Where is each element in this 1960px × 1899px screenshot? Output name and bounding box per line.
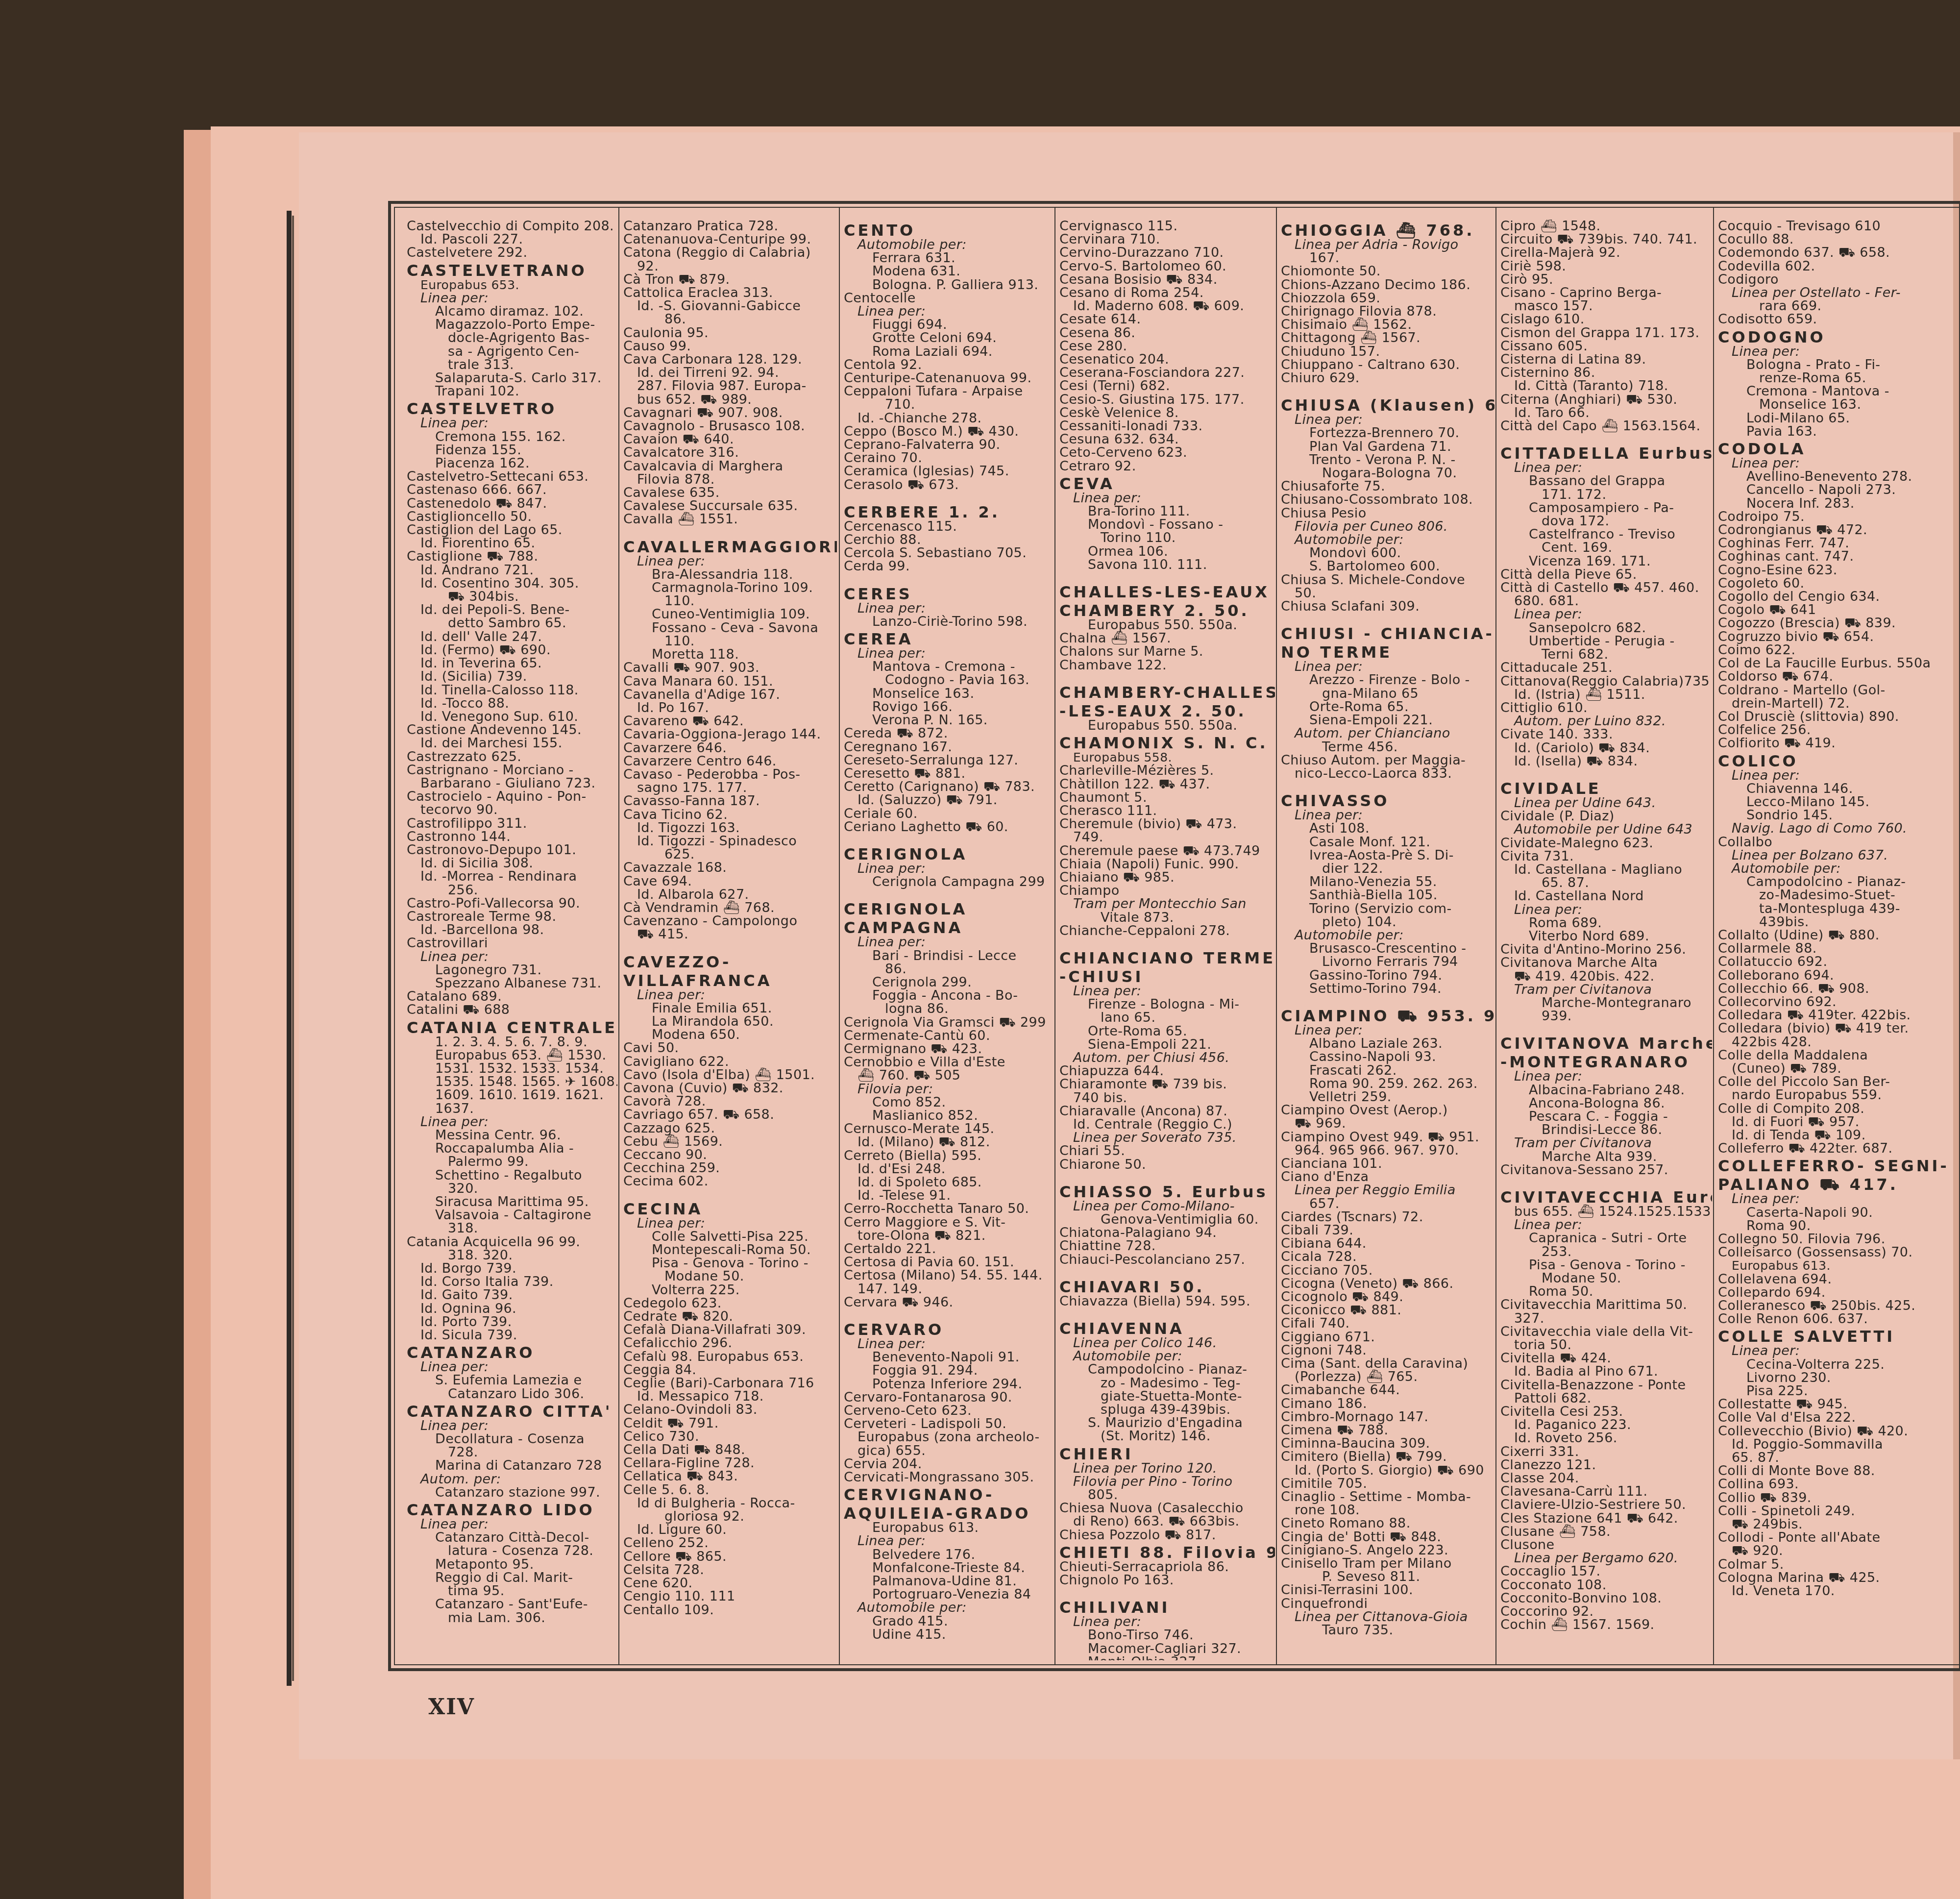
index-line: Genova-Ventimiglia 60. (1059, 1213, 1275, 1226)
index-line: Chiaiano ⛟ 985. (1059, 871, 1275, 884)
index-line: Ceretto (Carignano) ⛟ 783. (844, 780, 1053, 793)
index-line: Cervinara 710. (1059, 233, 1275, 246)
station-heading: CODOGNO (1718, 329, 1953, 345)
index-line: Colmar 5. (1718, 1558, 1953, 1571)
index-line: 327. (1500, 1312, 1712, 1325)
index-column-3: CENTOAutomobile per:Ferrara 631.Modena 6… (844, 220, 1053, 1660)
index-line: Cividale (P. Diaz) (1500, 810, 1712, 823)
index-line: Vitale 873. (1059, 911, 1275, 924)
index-line: 939. (1500, 1010, 1712, 1023)
index-line: Potenza Inferiore 294. (844, 1378, 1053, 1391)
index-line: Alcamo diramaz. 102. (407, 305, 617, 318)
index-line: Id. di Sicilia 308. (407, 857, 617, 870)
index-line: Collegno 50. Filovia 796. (1718, 1233, 1953, 1246)
index-column-6: Cipro ⛴ 1548.Circuito ⛟ 739bis. 740. 741… (1500, 220, 1712, 1660)
index-line: Id. Poggio-Sommavilla (1718, 1438, 1953, 1451)
index-line: Clavesana-Carrù 111. (1500, 1485, 1712, 1498)
column-divider (1276, 208, 1277, 1665)
index-line: detto Sambro 65. (407, 617, 617, 630)
index-line: (Porlezza) ⛴ 765. (1281, 1370, 1494, 1383)
index-line: Mondovì - Fossano - (1059, 518, 1275, 531)
index-line: Monselice 163. (844, 687, 1053, 700)
station-heading: CHIUSI - CHIANCIA- (1281, 626, 1494, 641)
index-line: Cese 280. (1059, 340, 1275, 353)
index-line: Id. Tigozzi 163. (623, 821, 837, 835)
index-line: dova 172. (1500, 515, 1712, 528)
index-line: Celico 730. (623, 1430, 837, 1443)
index-line: Cocconato 108. (1500, 1578, 1712, 1592)
index-line: Automobile per Udine 643 (1500, 823, 1712, 836)
index-line: (Cuneo) ⛟ 789. (1718, 1062, 1953, 1075)
index-line: Marina di Catanzaro 728 (407, 1459, 617, 1472)
index-line: Frascati 262. (1281, 1064, 1494, 1077)
index-line: Livorno 230. (1718, 1371, 1953, 1384)
index-line: Chiesa Pozzolo ⛟ 817. (1059, 1529, 1275, 1542)
index-line: Cancello - Napoli 273. (1718, 483, 1953, 496)
index-line: Id. (Saluzzo) ⛟ 791. (844, 793, 1053, 807)
station-heading: CIVITANOVA Marche (1500, 1036, 1712, 1051)
station-heading: CHIETI 88. Filovia 942. (1059, 1545, 1275, 1560)
index-line: giate-Stuetta-Monte- (1059, 1390, 1275, 1403)
index-line: Id. in Teverina 65. (407, 657, 617, 670)
station-heading: CENTO (844, 222, 1053, 238)
index-line: Ceppo (Bosco M.) ⛟ 430. (844, 425, 1053, 438)
index-line: Collevecchio (Bivio) ⛟ 420. (1718, 1425, 1953, 1438)
index-line: Cheremule (bivio) ⛟ 473. (1059, 817, 1275, 831)
index-line: Campodolcino - Pianaz- (1059, 1363, 1275, 1376)
index-line: Centuripe-Catenanuova 99. (844, 371, 1053, 385)
index-line: Gassino-Torino 794. (1281, 969, 1494, 982)
index-line: Linea per: (844, 862, 1053, 875)
station-heading: CIVITAVECCHIA Europa- (1500, 1189, 1712, 1205)
index-column-4: Cervignasco 115.Cervinara 710.Cervino-Du… (1059, 220, 1275, 1660)
index-line: Capranica - Sutri - Orte (1500, 1232, 1712, 1245)
index-line: Filovia per: (844, 1083, 1053, 1096)
index-line: Id. d'Esi 248. (844, 1162, 1053, 1176)
index-line: Collecorvino 692. (1718, 995, 1953, 1009)
index-line: Ciggiano 671. (1281, 1331, 1494, 1344)
index-line: Catanzaro - Sant'Eufe- (407, 1598, 617, 1611)
index-line: pleto) 104. (1281, 915, 1494, 929)
index-line: Colleisarco (Gossensass) 70. (1718, 1246, 1953, 1259)
index-line: Europabus 550. 550a. (1059, 618, 1275, 632)
index-line: Cineto Romano 88. (1281, 1517, 1494, 1530)
index-line: Id. Paganico 223. (1500, 1418, 1712, 1431)
index-line: zo - Madesimo - Teg- (1059, 1377, 1275, 1390)
index-line: Catanzaro Lido 306. (407, 1387, 617, 1401)
index-line: Bono-Tirso 746. (1059, 1628, 1275, 1642)
index-line: Linea per Udine 643. (1500, 796, 1712, 810)
index-line: Linea per Adria - Rovigo (1281, 238, 1494, 251)
index-line: 110. (623, 635, 837, 648)
index-line: Cislago 610. (1500, 313, 1712, 326)
index-line: 710. (844, 398, 1053, 411)
index-line: Ceggia 84. (623, 1363, 837, 1377)
index-line: Collelavena 694. (1718, 1273, 1953, 1286)
index-line: docle-Agrigento Bas- (407, 331, 617, 345)
index-line: Fiuggi 694. (844, 318, 1053, 331)
index-line: logna 86. (844, 1002, 1053, 1015)
index-line: Cesate 614. (1059, 313, 1275, 326)
index-line: Chiaramonte ⛟ 739 bis. (1059, 1078, 1275, 1091)
index-line: Cogolo ⛟ 641 (1718, 603, 1953, 617)
index-line: Ciano d'Enza (1281, 1170, 1494, 1184)
index-line: zo-Madesimo-Stuet- (1718, 888, 1953, 902)
index-line: Vicenza 169. 171. (1500, 555, 1712, 568)
index-line: Castenedolo ⛟ 847. (407, 497, 617, 510)
index-line: Castiglioncello 50. (407, 510, 617, 523)
index-line: Ancona-Bologna 86. (1500, 1097, 1712, 1110)
index-line: Cingia de' Botti ⛟ 848. (1281, 1530, 1494, 1544)
station-heading: CHAMONIX S. N. C. F. (1059, 735, 1275, 751)
index-line: Orte-Roma 65. (1281, 700, 1494, 714)
index-line: Chittagong ⛴ 1567. (1281, 331, 1494, 345)
index-line: Europabus 653. (407, 278, 617, 292)
index-line: Cremona 155. 162. (407, 430, 617, 444)
index-line: Cavanella d'Adige 167. (623, 688, 837, 701)
index-line: 320. (407, 1182, 617, 1195)
index-line: Pattoli 682. (1500, 1392, 1712, 1405)
column-divider (1054, 208, 1055, 1665)
index-line: Cavorà 728. (623, 1095, 837, 1108)
index-line: Cimitero (Biella) ⛟ 799. (1281, 1450, 1494, 1463)
index-line: Linea per Reggio Emilia (1281, 1184, 1494, 1197)
index-line: Cavazzale 168. (623, 861, 837, 874)
station-heading: CHIANCIANO TERME (1059, 950, 1275, 966)
index-line: drein-Martell) 72. (1718, 697, 1953, 710)
index-line: Marche Alta 939. (1500, 1150, 1712, 1163)
index-line: Chiampo (1059, 884, 1275, 897)
index-line: Cermenate-Cantù 60. (844, 1029, 1053, 1042)
index-line: Civitella ⛟ 424. (1500, 1352, 1712, 1365)
index-line: Linea per: (1718, 769, 1953, 782)
index-line: Cazzago 625. (623, 1122, 837, 1135)
index-line: Linea per: (844, 305, 1053, 318)
index-line: Cogoleto 60. (1718, 577, 1953, 590)
index-line: Linea per: (407, 1518, 617, 1531)
index-line: Cefalù 98. Europabus 653. (623, 1350, 837, 1363)
index-line: Chiusa S. Michele-Condove (1281, 573, 1494, 587)
index-line: Plan Val Gardena 71. (1281, 440, 1494, 453)
index-line: 1535. 1548. 1565. ✈ 1608. (407, 1075, 617, 1088)
index-line: Codroipo 75. (1718, 510, 1953, 523)
index-line: Cisterna di Latina 89. (1500, 353, 1712, 366)
index-line: Collarmele 88. (1718, 942, 1953, 955)
index-line: Codemondo 637. ⛟ 658. (1718, 246, 1953, 259)
index-line: Chaumont 5. (1059, 791, 1275, 804)
index-line: tima 95. (407, 1584, 617, 1598)
index-line: di Reno) 663. ⛟ 663bis. (1059, 1515, 1275, 1528)
station-heading: PALIANO ⛟ 417. (1718, 1177, 1953, 1192)
index-line: Cavarzere 646. (623, 741, 837, 755)
index-line: Fortezza-Brennero 70. (1281, 426, 1494, 440)
index-line: 740 bis. (1059, 1091, 1275, 1105)
index-line: Colleborano 694. (1718, 969, 1953, 982)
index-line: Pisa - Genova - Torino - (1500, 1258, 1712, 1272)
index-line: Linea per: (407, 1360, 617, 1374)
index-line: Civitanova Marche Alta (1500, 956, 1712, 969)
index-line: Id. Porto 739. (407, 1315, 617, 1329)
index-line: Chianche-Ceppaloni 278. (1059, 924, 1275, 937)
index-line: Linea per: (1500, 461, 1712, 474)
index-line: Cà Vendramin ⛴ 768. (623, 901, 837, 914)
index-line: ⛴ 760. ⛟ 505 (844, 1069, 1053, 1082)
index-line: Colle del Piccolo San Ber- (1718, 1075, 1953, 1088)
index-line: toria 50. (1500, 1338, 1712, 1352)
station-heading: CHAMBERY 2. 50. (1059, 603, 1275, 618)
station-heading: CHIASSO 5. Eurbus 650. (1059, 1184, 1275, 1200)
index-line: Linea per Soverato 735. (1059, 1131, 1275, 1144)
index-line: Cavo (Isola d'Elba) ⛴ 1501. (623, 1068, 837, 1082)
index-line: Ceriale 60. (844, 807, 1053, 820)
index-line: Salaparuta-S. Carlo 317. (407, 371, 617, 385)
index-line: Siena-Empoli 221. (1281, 714, 1494, 727)
index-line: Collina 693. (1718, 1478, 1953, 1491)
index-line: Cremona - Mantova - (1718, 385, 1953, 398)
index-line: Castelvetro-Settecani 653. (407, 470, 617, 483)
index-line: Colle Val d'Elsa 222. (1718, 1411, 1953, 1424)
index-line: Linea per Bergamo 620. (1500, 1552, 1712, 1565)
index-line: Circuito ⛟ 739bis. 740. 741. (1500, 233, 1712, 246)
station-heading: CHIOGGIA ⛴ 768. (1281, 222, 1494, 238)
index-line: Id. Tinella-Calosso 118. (407, 684, 617, 697)
index-line: Cerchio 88. (844, 533, 1053, 546)
index-line: Brindisi-Lecce 86. (1500, 1123, 1712, 1136)
index-line: Collestatte ⛟ 945. (1718, 1398, 1953, 1411)
index-line: Roccapalumba Alia - (407, 1142, 617, 1155)
index-line: Cavalla ⛴ 1551. (623, 513, 837, 526)
index-line: Castroreale Terme 98. (407, 910, 617, 923)
index-line: Cologna Marina ⛟ 425. (1718, 1571, 1953, 1584)
index-line: Cavenzano - Campolongo (623, 914, 837, 928)
index-line: Cavalli ⛟ 907. 903. (623, 661, 837, 674)
index-line: Cavarzere Centro 646. (623, 755, 837, 768)
index-line: Cavareno ⛟ 642. (623, 715, 837, 728)
index-line: Cianciana 101. (1281, 1157, 1494, 1170)
station-heading: CERIGNOLA (844, 846, 1053, 862)
index-line: Lanzo-Ciriè-Torino 598. (844, 615, 1053, 628)
index-line: Colleranesco ⛟ 250bis. 425. (1718, 1299, 1953, 1312)
column-divider (1495, 208, 1496, 1665)
index-line: Finale Emilia 651. (623, 1002, 837, 1015)
station-heading: CERVIGNANO- (844, 1487, 1053, 1503)
index-line: Cedrate ⛟ 820. (623, 1310, 837, 1323)
index-line: Chalons sur Marne 5. (1059, 645, 1275, 658)
index-line: 253. (1500, 1245, 1712, 1258)
station-heading: NO TERME (1281, 644, 1494, 660)
index-line: Codigoro (1718, 273, 1953, 286)
index-line: Celdit ⛟ 791. (623, 1417, 837, 1430)
station-heading: CHILIVANI (1059, 1600, 1275, 1615)
index-line: Collalbo (1718, 836, 1953, 849)
index-line: 749. (1059, 831, 1275, 844)
index-line: Collatuccio 692. (1718, 955, 1953, 968)
index-line: Ciriè 598. (1500, 260, 1712, 273)
index-line: Ceccano 90. (623, 1148, 837, 1161)
index-line: Chalna ⛴ 1567. (1059, 632, 1275, 645)
index-line: Autom. per: (407, 1473, 617, 1486)
index-line: Lagonegro 731. (407, 963, 617, 977)
index-line: Castrezzato 625. (407, 750, 617, 764)
index-line: Catanzaro Pratica 728. (623, 220, 837, 233)
index-line: Linea per Torino 120. (1059, 1462, 1275, 1475)
index-line: S. Bartolomeo 600. (1281, 560, 1494, 573)
index-line: trale 313. (407, 358, 617, 371)
index-line: Foggia - Ancona - Bo- (844, 989, 1053, 1002)
index-line: Linea per: (1281, 1024, 1494, 1037)
index-line: Europabus 558. (1059, 751, 1275, 764)
station-heading: CHIERI (1059, 1446, 1275, 1462)
index-line: Cesano di Roma 254. (1059, 286, 1275, 299)
station-heading: CHAMBERY-CHALLES (1059, 685, 1275, 700)
index-line: Brusasco-Crescentino - (1281, 942, 1494, 955)
index-line: Firenze - Bologna - Mi- (1059, 998, 1275, 1011)
index-line: Cibiana 644. (1281, 1237, 1494, 1250)
station-heading: COLICO (1718, 753, 1953, 769)
index-line: Cereda ⛟ 872. (844, 727, 1053, 740)
index-line: Castro-Pofi-Vallecorsa 90. (407, 897, 617, 910)
index-line: Linea per: (844, 647, 1053, 660)
index-line: Roma 90. 259. 262. 263. (1281, 1077, 1494, 1090)
index-line: Cebu ⛴ 1569. (623, 1135, 837, 1148)
index-line: Castrofilippo 311. (407, 817, 617, 830)
index-line: Colle della Maddalena (1718, 1049, 1953, 1062)
station-heading: CAVEZZO- (623, 954, 837, 970)
index-line: Coldrano - Martello (Gol- (1718, 684, 1953, 697)
index-line: ta-Montespluga 439- (1718, 902, 1953, 915)
index-line: Id. Veneta 170. (1718, 1584, 1953, 1598)
index-line: 92. (623, 260, 837, 273)
index-line: Cerasolo ⛟ 673. (844, 478, 1053, 492)
index-line: Certosa di Pavia 60. 151. (844, 1256, 1053, 1269)
station-heading: -CHIUSI (1059, 969, 1275, 985)
index-line: Pavia 163. (1718, 425, 1953, 438)
index-line: Cengio 110. 111 (623, 1590, 837, 1603)
index-line: Id. Taro 66. (1500, 406, 1712, 419)
index-line: Avellino-Benevento 278. (1718, 470, 1953, 483)
index-line: Id. -Chianche 278. (844, 412, 1053, 425)
index-line: Castione Andevenno 145. (407, 723, 617, 737)
index-line: Ivrea-Aosta-Prè S. Di- (1281, 849, 1494, 862)
index-line: Cellatica ⛟ 843. (623, 1470, 837, 1483)
binding-edge (287, 211, 292, 1686)
index-line: Sansepolcro 682. (1500, 621, 1712, 635)
index-line: Clusone (1500, 1538, 1712, 1552)
station-heading: CAMPAGNA (844, 920, 1053, 936)
index-line: Verona P. N. 165. (844, 714, 1053, 727)
index-line: Cavasso-Fanna 187. (623, 794, 837, 808)
index-line: Benevento-Napoli 91. (844, 1351, 1053, 1364)
index-line: Castenaso 666. 667. (407, 483, 617, 496)
index-line: Chiatona-Palagiano 94. (1059, 1226, 1275, 1239)
index-line: Cercola S. Sebastiano 705. (844, 546, 1053, 560)
index-line: Cimbro-Mornago 147. (1281, 1410, 1494, 1424)
index-line: Linea per Cittanova-Gioia (1281, 1610, 1494, 1624)
index-line: Chiuduno 157. (1281, 345, 1494, 358)
index-line: Cesuna 632. 634. (1059, 433, 1275, 446)
index-line: Coghinas Ferr. 747. (1718, 537, 1953, 550)
index-line: Foggia 91. 294. (844, 1364, 1053, 1377)
index-line: Civitavecchia viale della Vit- (1500, 1325, 1712, 1338)
index-line: Linea per: (1500, 903, 1712, 916)
index-line: Volterra 225. (623, 1283, 837, 1297)
station-heading: CASTELVETRANO (407, 263, 617, 278)
index-line: Moretta 118. (623, 648, 837, 661)
index-line: Cavaso - Pederobba - Pos- (623, 768, 837, 781)
index-line: Id. (Isella) ⛟ 834. (1500, 755, 1712, 768)
index-line: Bari - Brindisi - Lecce (844, 949, 1053, 962)
index-line: Cixerri 331. (1500, 1445, 1712, 1458)
index-line: Linea per: (623, 988, 837, 1002)
index-line: Id. Tigozzi - Spinadesco (623, 835, 837, 848)
index-line: Autom. per Chianciano (1281, 727, 1494, 740)
index-line: Cessaniti-Ionadi 733. (1059, 419, 1275, 433)
index-line: Cocquio - Trevisago 610 (1718, 220, 1953, 233)
index-line: ⛟ 304bis. (407, 590, 617, 603)
station-heading: CATANIA CENTRALE (407, 1020, 617, 1036)
index-line: Milano-Venezia 55. (1281, 875, 1494, 888)
station-heading: CATANZARO LIDO (407, 1502, 617, 1518)
index-line: Automobile per: (844, 238, 1053, 251)
index-line: Id. di Spoleto 685. (844, 1176, 1053, 1189)
index-line: Catania Acquicella 96 99. (407, 1235, 617, 1249)
index-line: Reggio di Cal. Marit- (407, 1571, 617, 1584)
index-line: Cesi (Terni) 682. (1059, 379, 1275, 393)
index-line: Catalini ⛟ 688 (407, 1003, 617, 1016)
index-line: Id. Cosentino 304. 305. (407, 577, 617, 590)
index-line: Linea per: (623, 1217, 837, 1230)
index-line: Cava Carbonara 128. 129. (623, 353, 837, 366)
index-column-7: Cocquio - Trevisago 610Cocullo 88.Codemo… (1718, 220, 1953, 1660)
index-line: Coimo 622. (1718, 643, 1953, 657)
index-line: Cittanova(Reggio Calabria)735 (1500, 675, 1712, 688)
index-line: 1. 2. 3. 4. 5. 6. 7. 8. 9. (407, 1036, 617, 1049)
index-line: Cavalese 635. (623, 486, 837, 499)
index-line: mia Lam. 306. (407, 1611, 617, 1625)
index-line: Linea per: (407, 950, 617, 963)
index-line: Linea per: (407, 292, 617, 305)
index-line: sa - Agrigento Cen- (407, 345, 617, 358)
index-line: Chiauci-Pescolanciano 257. (1059, 1253, 1275, 1266)
index-line: Catalano 689. (407, 990, 617, 1003)
station-heading: CAVALLERMAGGIORE (623, 539, 837, 555)
index-line: Civate 140. 333. (1500, 728, 1712, 741)
index-line: Cavi 50. (623, 1041, 837, 1055)
index-line: Cerignola Via Gramsci ⛟ 299 (844, 1016, 1053, 1029)
index-line: Cavagnari ⛟ 907. 908. (623, 406, 837, 419)
index-line: Centocelle (844, 292, 1053, 305)
index-column-1: Castelvecchio di Compito 208.Id. Pascoli… (407, 220, 617, 1660)
index-line: Ceramica (Iglesias) 745. (844, 465, 1053, 478)
index-line: Chiusano-Cossombrato 108. (1281, 493, 1494, 506)
index-line: Lecco-Milano 145. (1718, 795, 1953, 809)
index-line: Velletri 259. (1281, 1090, 1494, 1104)
index-line: Linea per: (1281, 660, 1494, 673)
index-line: Cesena 86. (1059, 326, 1275, 340)
index-line: Coldorso ⛟ 674. (1718, 670, 1953, 683)
station-heading: CODOLA (1718, 441, 1953, 457)
index-line: Cogozzo (Brescia) ⛟ 839. (1718, 617, 1953, 630)
index-line: Castronno 144. (407, 830, 617, 843)
index-line: Celsita 728. (623, 1563, 837, 1577)
station-heading: CERIGNOLA (844, 901, 1053, 917)
index-line: Carmagnola-Torino 109. (623, 581, 837, 594)
index-line: 1609. 1610. 1619. 1621. (407, 1088, 617, 1102)
index-line: Cittiglio 610. (1500, 701, 1712, 715)
index-line: Modane 50. (1500, 1272, 1712, 1285)
station-heading: CHIAVARI 50. (1059, 1279, 1275, 1295)
index-line: Chiesa Nuova (Casalecchio (1059, 1502, 1275, 1515)
